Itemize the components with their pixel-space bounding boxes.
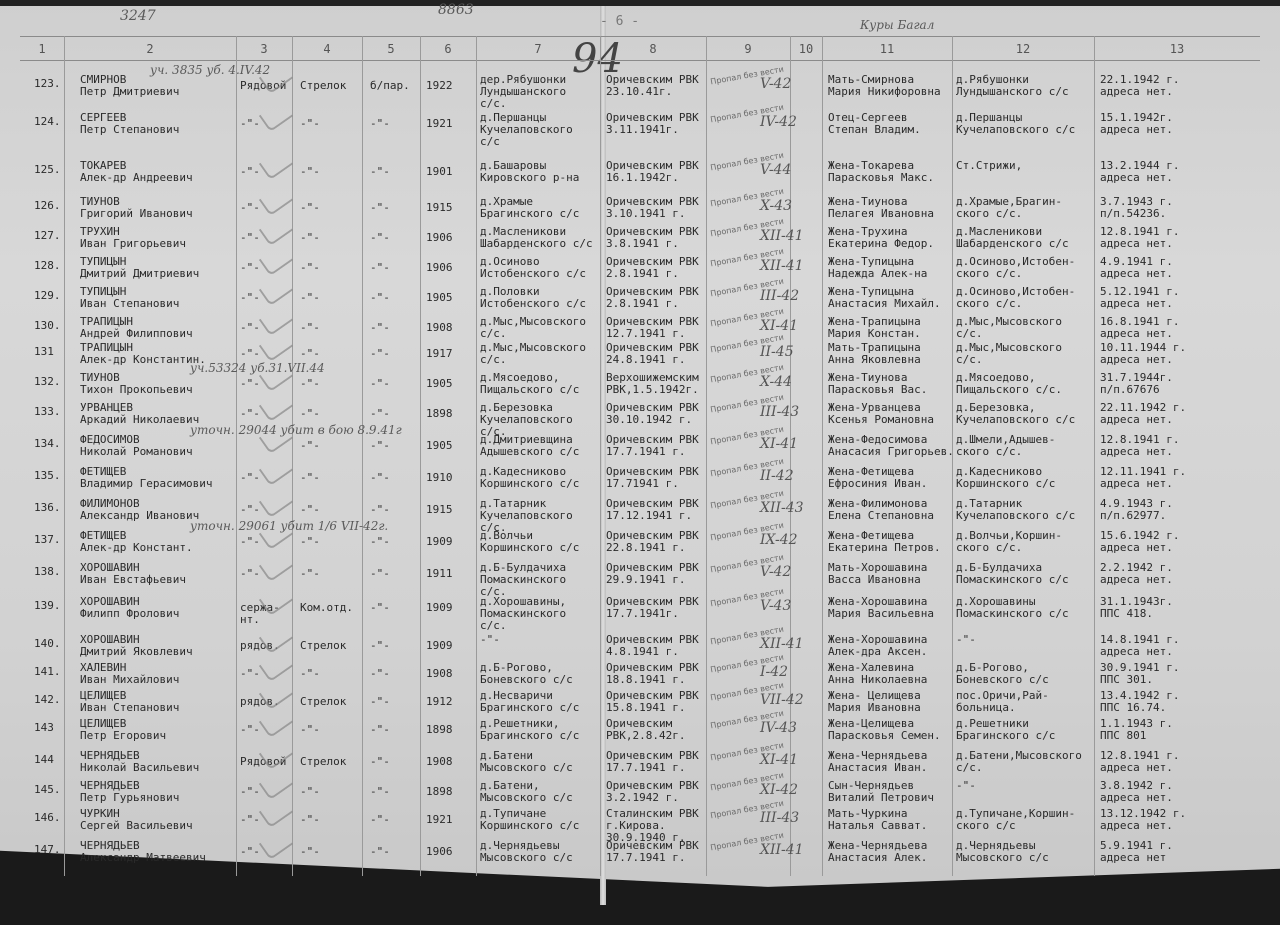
birth-year: 1898 xyxy=(426,786,453,798)
row-number: 140. xyxy=(34,638,61,650)
soldier-name: ТИУНОВ Григорий Иванович xyxy=(80,196,193,220)
party: -"- xyxy=(370,724,390,736)
relative-address: д.Осиново,Истобен- ского с/с. xyxy=(956,286,1075,310)
position: Стрелок xyxy=(300,696,346,708)
birthplace: д.Половки Истобенского с/с xyxy=(480,286,586,310)
soldier-name: ЧЕРНЯДЬЕВ Александр Матвеевич xyxy=(80,840,206,864)
relative-address: д.Кадесниково Коршинского с/с xyxy=(956,466,1055,490)
column-header-3: 3 xyxy=(236,38,292,60)
notice-info: 31.1.1943г. ППС 418. xyxy=(1100,596,1173,620)
relative: Мать-Смирнова Мария Никифоровна xyxy=(828,74,941,98)
position: Стрелок xyxy=(300,80,346,92)
soldier-name: ФЕТИЩЕВ Владимир Герасимович xyxy=(80,466,212,490)
party: -"- xyxy=(370,166,390,178)
row-number: 132. xyxy=(34,376,61,388)
party: -"- xyxy=(370,292,390,304)
row-number: 127. xyxy=(34,230,61,242)
row-number: 131 xyxy=(34,346,54,358)
soldier-name: ХОРОШАВИН Иван Евстафьевич xyxy=(80,562,186,586)
relative-address: д.Чернядьевы Мысовского с/с xyxy=(956,840,1049,864)
position: -"- xyxy=(300,536,320,548)
conscription-office: Оричевским РВК 16.1.1942г. xyxy=(606,160,699,184)
birth-year: 1905 xyxy=(426,440,453,452)
table-row: 125.ТОКАРЕВ Алек-др Андреевич-"--"--"-19… xyxy=(0,160,1280,200)
position: -"- xyxy=(300,378,320,390)
soldier-name: ХОРОШАВИН Филипп Фролович xyxy=(80,596,179,620)
relative-address: д.Осиново,Истобен- ского с/с. xyxy=(956,256,1075,280)
relative: Жена-Целищева Парасковья Семен. xyxy=(828,718,941,742)
relative-address: д.Мыс,Мысовского с/с. xyxy=(956,316,1062,340)
conscription-office: Оричевским РВК 17.7.1941 г. xyxy=(606,750,699,774)
notice-info: 1.1.1943 г. ППС 801 xyxy=(1100,718,1173,742)
party: -"- xyxy=(370,232,390,244)
soldier-name: ТРАПИЦЫН Андрей Филиппович xyxy=(80,316,193,340)
column-header-7: 7 xyxy=(476,38,600,60)
birth-year: 1910 xyxy=(426,472,453,484)
position: -"- xyxy=(300,472,320,484)
birth-year: 1915 xyxy=(426,202,453,214)
party: -"- xyxy=(370,568,390,580)
position: -"- xyxy=(300,232,320,244)
birth-year: 1922 xyxy=(426,80,453,92)
rank: -"- xyxy=(240,118,260,130)
position: -"- xyxy=(300,262,320,274)
relative: Жена-Трапицына Мария Констан. xyxy=(828,316,921,340)
notice-info: 5.12.1941 г. адреса нет. xyxy=(1100,286,1179,310)
conscription-office: Оричевским РВК 17.7.1941 г. xyxy=(606,434,699,458)
relative: Мать-Трапицына Анна Яковлевна xyxy=(828,342,921,366)
column-header-9: 9 xyxy=(706,38,790,60)
missing-date: I-42 xyxy=(760,666,788,678)
birthplace: дер.Рябушонки Лундышанского с/с. xyxy=(480,74,566,110)
position: -"- xyxy=(300,440,320,452)
soldier-name: ХАЛЕВИН Иван Михайлович xyxy=(80,662,179,686)
missing-date: XI-42 xyxy=(760,784,798,796)
birthplace: д.Осиново Истобенского с/с xyxy=(480,256,586,280)
missing-date: IV-42 xyxy=(760,116,797,128)
party: -"- xyxy=(370,322,390,334)
conscription-office: Оричевским РВК 3.11.1941г. xyxy=(606,112,699,136)
table-row: 139.ХОРОШАВИН Филипп Фроловичсержа- нт.К… xyxy=(0,596,1280,636)
table-row: 147.ЧЕРНЯДЬЕВ Александр Матвеевич-"--"--… xyxy=(0,840,1280,880)
position: -"- xyxy=(300,668,320,680)
relative-address: д.Березовка, Кучелаповского с/с xyxy=(956,402,1075,426)
birthplace: д.Тупичане Коршинского с/с xyxy=(480,808,579,832)
missing-date: IV-43 xyxy=(760,722,797,734)
missing-date: XI-41 xyxy=(760,320,798,332)
rank: -"- xyxy=(240,846,260,858)
birth-year: 1909 xyxy=(426,640,453,652)
relative-address: д.Батени,Мысовского с/с. xyxy=(956,750,1082,774)
notice-info: 2.2.1942 г. адреса нет. xyxy=(1100,562,1173,586)
page-number: - 6 - xyxy=(600,14,639,29)
conscription-office: Оричевским РВК 17.71941 г. xyxy=(606,466,699,490)
position: -"- xyxy=(300,408,320,420)
notice-info: 12.8.1941 г. адреса нет. xyxy=(1100,750,1179,774)
birth-year: 1912 xyxy=(426,696,453,708)
party: -"- xyxy=(370,756,390,768)
conscription-office: Оричевским РВК 22.8.1941 г. xyxy=(606,530,699,554)
birthplace: д.Б-Рогово, Боневского с/с xyxy=(480,662,573,686)
missing-date: XI-41 xyxy=(760,754,798,766)
relative-address: д.Хорошавины Помаскинского с/с xyxy=(956,596,1069,620)
relative: Жена-Фетищева Ефросиния Иван. xyxy=(828,466,927,490)
row-number: 135. xyxy=(34,470,61,482)
birthplace: д.Волчьи Коршинского с/с xyxy=(480,530,579,554)
conscription-office: Оричевским РВК 12.7.1941 г. xyxy=(606,316,699,340)
birth-year: 1905 xyxy=(426,378,453,390)
soldier-name: СЕРГЕЕВ Петр Степанович xyxy=(80,112,179,136)
relative: Жена-Филимонова Елена Степановна xyxy=(828,498,934,522)
conscription-office: Оричевским РВК 2.8.1941 г. xyxy=(606,256,699,280)
relative: Жена-Урванцева Ксенья Романовна xyxy=(828,402,934,426)
relative-address: д.Б-Рогово, Боневского с/с xyxy=(956,662,1049,686)
position: -"- xyxy=(300,322,320,334)
relative-address: д.Тупичане,Коршин- ского с/с xyxy=(956,808,1075,832)
birth-year: 1898 xyxy=(426,724,453,736)
relative: Жена-Тиунова Парасковья Вас. xyxy=(828,372,927,396)
party: -"- xyxy=(370,504,390,516)
birth-year: 1908 xyxy=(426,756,453,768)
relative-address: д.Решетники Брагинского с/с xyxy=(956,718,1055,742)
missing-date: V-44 xyxy=(760,164,791,176)
rank: -"- xyxy=(240,724,260,736)
row-number: 143 xyxy=(34,722,54,734)
missing-date: XII-41 xyxy=(760,844,804,856)
soldier-name: ТОКАРЕВ Алек-др Андреевич xyxy=(80,160,193,184)
birthplace: д.Батени, Мысовского с/с xyxy=(480,780,573,804)
birthplace: д.Кадесниково Коршинского с/с xyxy=(480,466,579,490)
conscription-office: Оричевским РВК 17.12.1941 г. xyxy=(606,498,699,522)
conscription-office: Оричевским РВК 23.10.41г. xyxy=(606,74,699,98)
relative: Мать-Чуркина Наталья Савват. xyxy=(828,808,927,832)
handwritten-note: уточн. 29061 убит 1/6 VII-42г. xyxy=(190,520,388,532)
missing-date: IX-42 xyxy=(760,534,798,546)
birth-year: 1906 xyxy=(426,262,453,274)
notice-info: 14.8.1941 г. адреса нет. xyxy=(1100,634,1179,658)
header-bottom-line xyxy=(20,60,1260,61)
soldier-name: ЧЕРНЯДЬЕВ Петр Гурьянович xyxy=(80,780,179,804)
birthplace: д.Чернядьевы Мысовского с/с xyxy=(480,840,573,864)
relative: Жена-Хорошавина Алек-дра Аксен. xyxy=(828,634,927,658)
rank: -"- xyxy=(240,472,260,484)
party: -"- xyxy=(370,846,390,858)
column-header-11: 11 xyxy=(822,38,952,60)
birth-year: 1908 xyxy=(426,668,453,680)
record-number: 8863 xyxy=(438,2,474,18)
row-number: 123. xyxy=(34,78,61,90)
missing-date: II-45 xyxy=(760,346,794,358)
soldier-name: ФЕДОСИМОВ Николай Романович xyxy=(80,434,193,458)
notice-info: 13.2.1944 г. адреса нет. xyxy=(1100,160,1179,184)
birthplace: д.Першанцы Кучелаповского с/с xyxy=(480,112,573,148)
notice-info: 16.8.1941 г. адреса нет. xyxy=(1100,316,1179,340)
conscription-office: Оричевским РВК 29.9.1941 г. xyxy=(606,562,699,586)
row-number: 137. xyxy=(34,534,61,546)
party: -"- xyxy=(370,262,390,274)
missing-date: XII-43 xyxy=(760,502,804,514)
notice-info: 3.8.1942 г. адреса нет. xyxy=(1100,780,1173,804)
rank: -"- xyxy=(240,292,260,304)
position: -"- xyxy=(300,202,320,214)
row-number: 133. xyxy=(34,406,61,418)
missing-date: II-42 xyxy=(760,470,794,482)
rank: -"- xyxy=(240,786,260,798)
handwritten-note: уточн. 29044 убит в бою 8.9.41г xyxy=(190,424,402,436)
rank: -"- xyxy=(240,536,260,548)
party: -"- xyxy=(370,786,390,798)
party: -"- xyxy=(370,668,390,680)
relative-address: д.Татарник Кучелаповского с/с xyxy=(956,498,1075,522)
party: -"- xyxy=(370,408,390,420)
rank: -"- xyxy=(240,262,260,274)
header-top-line xyxy=(20,36,1260,37)
relative: Жена-Тиунова Пелагея Ивановна xyxy=(828,196,934,220)
birth-year: 1898 xyxy=(426,408,453,420)
relative: Жена-Трухина Екатерина Федор. xyxy=(828,226,934,250)
relative-address: -"- xyxy=(956,634,976,646)
soldier-name: ХОРОШАВИН Дмитрий Яковлевич xyxy=(80,634,193,658)
relative-address: -"- xyxy=(956,780,976,792)
column-header-8: 8 xyxy=(600,38,706,60)
rank: -"- xyxy=(240,568,260,580)
relative: Жена-Халевина Анна Николаевна xyxy=(828,662,927,686)
column-header-4: 4 xyxy=(292,38,362,60)
row-number: 129. xyxy=(34,290,61,302)
party: -"- xyxy=(370,536,390,548)
notice-info: 10.11.1944 г. адреса нет. xyxy=(1100,342,1186,366)
notice-info: 3.7.1943 г. п/п.54236. xyxy=(1100,196,1173,220)
party: -"- xyxy=(370,472,390,484)
column-header-10: 10 xyxy=(790,38,822,60)
row-number: 141. xyxy=(34,666,61,678)
birth-year: 1917 xyxy=(426,348,453,360)
birth-year: 1921 xyxy=(426,118,453,130)
missing-date: III-42 xyxy=(760,290,799,302)
notice-info: 12.11.1941 г. адреса нет. xyxy=(1100,466,1186,490)
notice-info: 31.7.1944г. п/п.67676 xyxy=(1100,372,1173,396)
row-number: 134. xyxy=(34,438,61,450)
row-number: 124. xyxy=(34,116,61,128)
party: -"- xyxy=(370,696,390,708)
birthplace: д.Дмитриевщина Адышевского с/с xyxy=(480,434,579,458)
notice-info: 4.9.1943 г. п/п.62977. xyxy=(1100,498,1173,522)
soldier-name: ТУПИЦЫН Иван Степанович xyxy=(80,286,179,310)
relative-address: пос.Оричи,Рай- больница. xyxy=(956,690,1049,714)
relative-address: Ст.Стрижи, xyxy=(956,160,1022,172)
row-number: 130. xyxy=(34,320,61,332)
relative-address: д.Волчьи,Коршин- ского с/с. xyxy=(956,530,1062,554)
column-header-13: 13 xyxy=(1094,38,1260,60)
missing-date: X-43 xyxy=(760,200,792,212)
birth-year: 1906 xyxy=(426,846,453,858)
relative: Жена-Тупицына Анастасия Михайл. xyxy=(828,286,941,310)
row-number: 136. xyxy=(34,502,61,514)
birth-year: 1915 xyxy=(426,504,453,516)
table-row: 123.СМИРНОВ Петр ДмитриевичРядовойСтрело… xyxy=(0,74,1280,114)
position: -"- xyxy=(300,166,320,178)
row-number: 142. xyxy=(34,694,61,706)
party: б/пар. xyxy=(370,80,410,92)
conscription-office: Оричевским РВК 3.10.1941 г. xyxy=(606,196,699,220)
position: -"- xyxy=(300,846,320,858)
rank: -"- xyxy=(240,408,260,420)
relative-address: д.Першанцы Кучелаповского с/с xyxy=(956,112,1075,136)
notice-info: 30.9.1941 г. ППС 301. xyxy=(1100,662,1179,686)
birth-year: 1911 xyxy=(426,568,453,580)
rank: -"- xyxy=(240,504,260,516)
row-number: 144 xyxy=(34,754,54,766)
missing-date: III-43 xyxy=(760,406,799,418)
handwritten-note: уч.53324 уб.31.VII.44 xyxy=(190,362,325,374)
relative: Жена-Федосимова Анасасия Григорьев. xyxy=(828,434,954,458)
birthplace: д.Масленикови Шабарденского с/с xyxy=(480,226,593,250)
missing-date: XI-41 xyxy=(760,438,798,450)
birthplace: д.Храмые Брагинского с/с xyxy=(480,196,579,220)
soldier-name: ТРУХИН Иван Григорьевич xyxy=(80,226,186,250)
soldier-name: УРВАНЦЕВ Аркадий Николаевич xyxy=(80,402,199,426)
birthplace: д.Батени Мысовского с/с xyxy=(480,750,573,774)
relative: Сын-Чернядьев Виталий Петрович xyxy=(828,780,934,804)
notice-info: 22.1.1942 г. адреса нет. xyxy=(1100,74,1179,98)
conscription-office: Оричевским РВК 17.7.1941г. xyxy=(606,596,699,620)
relative: Жена-Чернядьева Анастасия Иван. xyxy=(828,750,927,774)
party: -"- xyxy=(370,202,390,214)
notice-info: 5.9.1941 г. адреса нет xyxy=(1100,840,1173,864)
position: -"- xyxy=(300,118,320,130)
party: -"- xyxy=(370,814,390,826)
soldier-name: ЦЕЛИЩЕВ Иван Степанович xyxy=(80,690,179,714)
missing-date: V-42 xyxy=(760,78,791,90)
rank: -"- xyxy=(240,348,260,360)
row-number: 146. xyxy=(34,812,61,824)
birth-year: 1901 xyxy=(426,166,453,178)
birth-year: 1909 xyxy=(426,536,453,548)
relative: Жена-Тупицына Надежда Алек-на xyxy=(828,256,927,280)
column-header-1: 1 xyxy=(20,38,64,60)
rank: -"- xyxy=(240,322,260,334)
relative-address: д.Рябушонки Лундышанского с/с xyxy=(956,74,1069,98)
soldier-name: ФЕТИЩЕВ Алек-др Констант. xyxy=(80,530,193,554)
soldier-name: ЧУРКИН Сергей Васильевич xyxy=(80,808,193,832)
conscription-office: Оричевским РВК 3.2.1942 г. xyxy=(606,780,699,804)
missing-date: III-43 xyxy=(760,812,799,824)
relative: Жена-Чернядьева Анастасия Алек. xyxy=(828,840,927,864)
notice-info: 15.6.1942 г. адреса нет. xyxy=(1100,530,1179,554)
row-number: 145. xyxy=(34,784,61,796)
scan-edge xyxy=(0,0,1280,6)
conscription-office: Верхошижемским РВК,1.5.1942г. xyxy=(606,372,699,396)
birthplace: д.Мыс,Мысовского с/с. xyxy=(480,316,586,340)
birthplace: -"- xyxy=(480,634,500,646)
relative: Жена-Фетищева Екатерина Петров. xyxy=(828,530,941,554)
relative-address: д.Б-Булдачиха Помаскинского с/с xyxy=(956,562,1069,586)
birth-year: 1909 xyxy=(426,602,453,614)
missing-date: X-44 xyxy=(760,376,792,388)
rank: -"- xyxy=(240,232,260,244)
relative-address: д.Храмые,Брагин- ского с/с. xyxy=(956,196,1062,220)
position: -"- xyxy=(300,786,320,798)
relative-address: д.Мясоедово, Пищальского с/с. xyxy=(956,372,1062,396)
birth-year: 1906 xyxy=(426,232,453,244)
birthplace: д.Б-Булдачиха Помаскинского с/с. xyxy=(480,562,566,598)
row-number: 125. xyxy=(34,164,61,176)
soldier-name: ТРАПИЦЫН Алек-др Константин. xyxy=(80,342,206,366)
soldier-name: ТИУНОВ Тихон Прокопьевич xyxy=(80,372,193,396)
column-header-12: 12 xyxy=(952,38,1094,60)
row-number: 147. xyxy=(34,844,61,856)
birthplace: д.Башаровы Кировского р-на xyxy=(480,160,579,184)
party: -"- xyxy=(370,440,390,452)
row-number: 128. xyxy=(34,260,61,272)
rank: -"- xyxy=(240,378,260,390)
birth-year: 1921 xyxy=(426,814,453,826)
position: Ком.отд. xyxy=(300,602,353,614)
notice-info: 22.11.1942 г. адреса нет. xyxy=(1100,402,1186,426)
relative-address: д.Шмели,Адышев- ского с/с. xyxy=(956,434,1055,458)
conscription-office: Оричевским РВК 30.10.1942 г. xyxy=(606,402,699,426)
party: -"- xyxy=(370,602,390,614)
column-header-5: 5 xyxy=(362,38,420,60)
notice-info: 12.8.1941 г. адреса нет. xyxy=(1100,226,1179,250)
conscription-office: Оричевским РВК 18.8.1941 г. xyxy=(606,662,699,686)
missing-date: V-42 xyxy=(760,566,791,578)
relative: Мать-Хорошавина Васса Ивановна xyxy=(828,562,927,586)
rank: -"- xyxy=(240,166,260,178)
position: -"- xyxy=(300,504,320,516)
notice-info: 4.9.1941 г. адреса нет. xyxy=(1100,256,1173,280)
position: -"- xyxy=(300,292,320,304)
archive-number: 3247 xyxy=(120,8,156,24)
birthplace: д.Хорошавины, Помаскинского с/с. xyxy=(480,596,566,632)
row-number: 138. xyxy=(34,566,61,578)
relative: Жена-Токарева Парасковья Макс. xyxy=(828,160,934,184)
party: -"- xyxy=(370,378,390,390)
column-header-2: 2 xyxy=(64,38,236,60)
birthplace: д.Мясоедово, Пищальского с/с xyxy=(480,372,579,396)
position: Стрелок xyxy=(300,640,346,652)
notice-info: 13.12.1942 г. адреса нет. xyxy=(1100,808,1186,832)
missing-date: XII-41 xyxy=(760,638,804,650)
birthplace: д.Несваричи Брагинского с/с xyxy=(480,690,579,714)
row-number: 139. xyxy=(34,600,61,612)
position: -"- xyxy=(300,724,320,736)
relative: Жена- Целищева Мария Ивановна xyxy=(828,690,921,714)
soldier-name: СМИРНОВ Петр Дмитриевич xyxy=(80,74,179,98)
relative-address: д.Мыс,Мысовского с/с. xyxy=(956,342,1062,366)
handwritten-annotation: Куры Багал xyxy=(860,18,934,32)
position: -"- xyxy=(300,348,320,360)
column-header-6: 6 xyxy=(420,38,476,60)
conscription-office: Оричевским РВК 2.8.1941 г. xyxy=(606,286,699,310)
position: -"- xyxy=(300,814,320,826)
birthplace: д.Мыс,Мысовского с/с. xyxy=(480,342,586,366)
notice-info: 12.8.1941 г. адреса нет. xyxy=(1100,434,1179,458)
conscription-office: Оричевским РВК 15.8.1941 г. xyxy=(606,690,699,714)
relative-address: д.Масленикови Шабарденского с/с xyxy=(956,226,1069,250)
soldier-name: ЧЕРНЯДЬЕВ Николай Васильевич xyxy=(80,750,199,774)
table-row: 124.СЕРГЕЕВ Петр Степанович-"--"--"-1921… xyxy=(0,112,1280,152)
position: -"- xyxy=(300,568,320,580)
party: -"- xyxy=(370,348,390,360)
conscription-office: Оричевским РВК 17.7.1941 г. xyxy=(606,840,699,864)
relative: Отец-Сергеев Степан Владим. xyxy=(828,112,921,136)
conscription-office: Оричевским РВК 4.8.1941 г. xyxy=(606,634,699,658)
rank: -"- xyxy=(240,202,260,214)
soldier-name: ЦЕЛИЩЕВ Петр Егорович xyxy=(80,718,166,742)
missing-date: XII-41 xyxy=(760,230,804,242)
handwritten-note: уч. 3835 уб. 4.IV.42 xyxy=(150,64,270,76)
